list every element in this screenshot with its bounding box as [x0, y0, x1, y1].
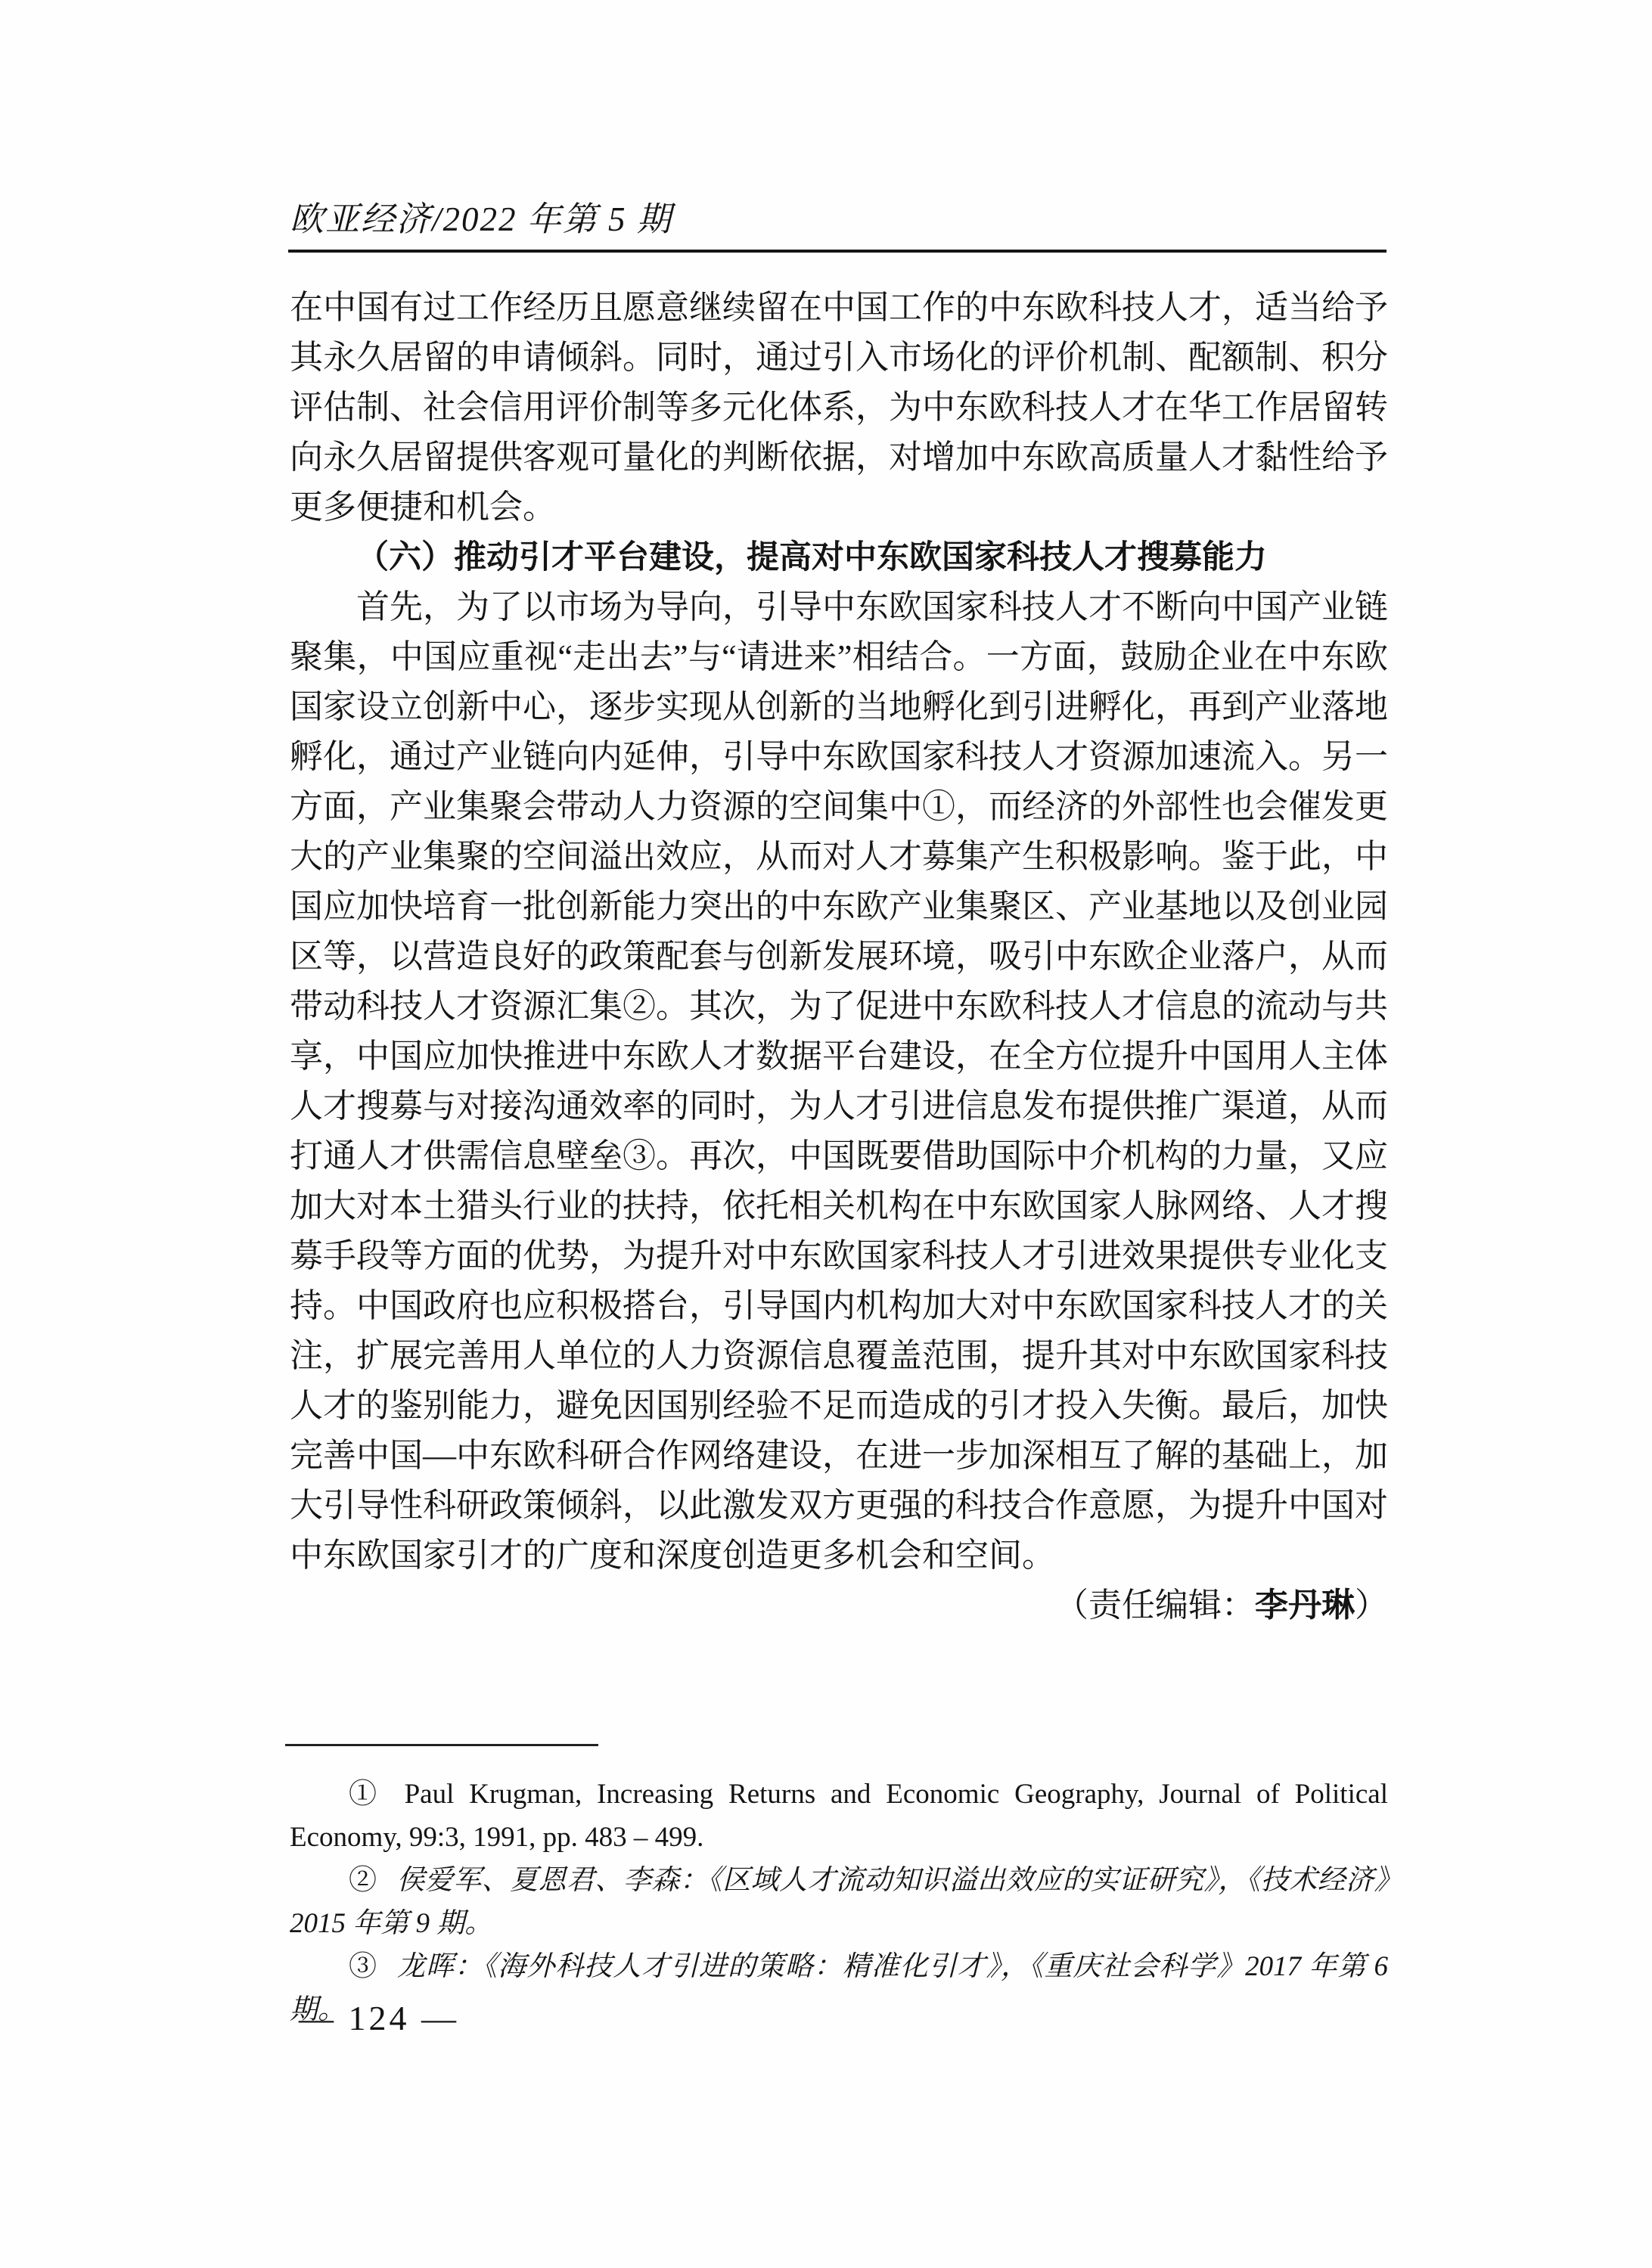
footnote-separator	[285, 1744, 598, 1746]
footnote-text: Paul Krugman, Increasing Returns and Eco…	[290, 1779, 1388, 1853]
running-header: 欧亚经济/2022 年第 5 期	[290, 198, 1388, 240]
footnote-item: ①Paul Krugman, Increasing Returns and Ec…	[290, 1773, 1388, 1859]
editor-name: 李丹琳	[1255, 1587, 1355, 1624]
header-rule	[288, 250, 1386, 253]
footnotes: ①Paul Krugman, Increasing Returns and Ec…	[290, 1773, 1388, 2031]
paragraph-continuation: 在中国有过工作经历且愿意继续留在中国工作的中东欧科技人才，适当给予其永久居留的申…	[290, 283, 1388, 532]
footnote-marker: ②	[349, 1865, 396, 1896]
journal-page: 欧亚经济/2022 年第 5 期 在中国有过工作经历且愿意继续留在中国工作的中东…	[0, 0, 1652, 2268]
footnote-item: ②侯爱军、夏恩君、李森：《区域人才流动知识溢出效应的实证研究》，《技术经济》20…	[290, 1859, 1388, 1945]
section-heading: （六）推动引才平台建设，提高对中东欧国家科技人才搜募能力	[290, 532, 1388, 582]
footnote-marker: ③	[349, 1951, 397, 1982]
paragraph-main: 首先，为了以市场为导向，引导中东欧国家科技人才不断向中国产业链聚集，中国应重视“…	[290, 582, 1388, 1581]
footnote-text: 侯爱军、夏恩君、李森：《区域人才流动知识溢出效应的实证研究》，《技术经济》201…	[290, 1865, 1388, 1939]
article-body: 在中国有过工作经历且愿意继续留在中国工作的中东欧科技人才，适当给予其永久居留的申…	[290, 283, 1388, 1630]
footnote-marker: ①	[349, 1779, 405, 1810]
page-number: — 124 —	[299, 1998, 459, 2038]
editor-suffix: ）	[1355, 1587, 1388, 1624]
editor-prefix: （责任编辑：	[1055, 1587, 1255, 1624]
editor-line: （责任编辑：李丹琳）	[290, 1581, 1388, 1630]
